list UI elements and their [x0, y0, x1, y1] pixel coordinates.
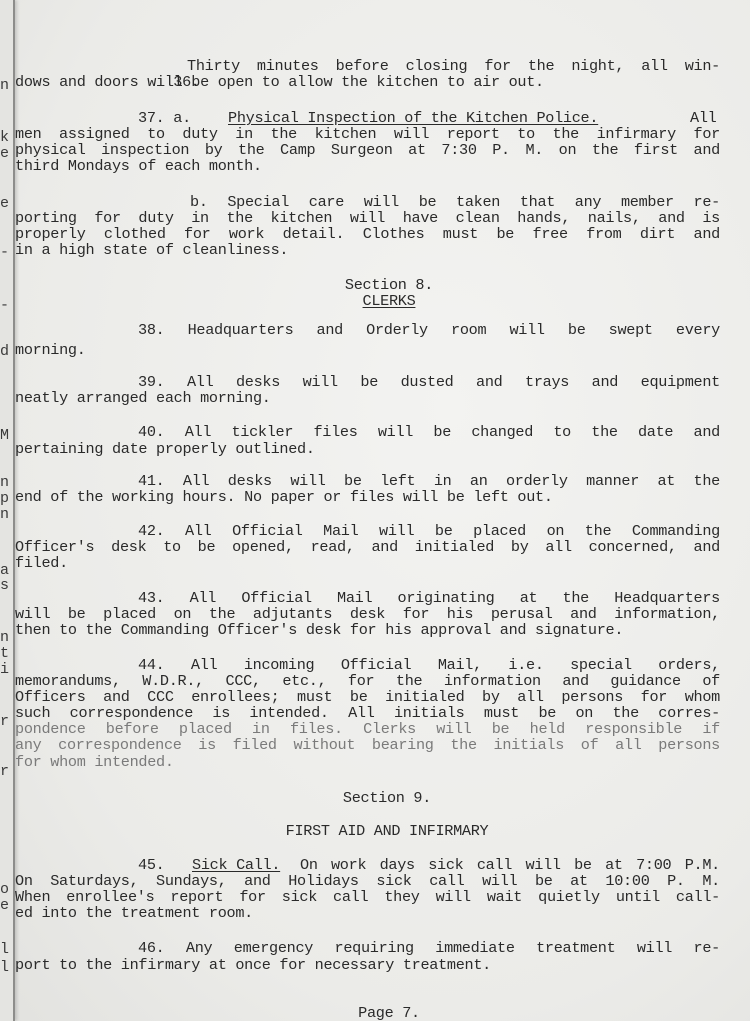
edge-char: t [0, 646, 9, 662]
edge-char: e [0, 898, 9, 914]
paragraph-46-text-2: port to the infirmary at once for necess… [15, 957, 491, 973]
paragraph-44-text-6: any correspondence is filed without bear… [15, 737, 720, 753]
paragraph-43-text-3: then to the Commanding Officer's desk fo… [15, 622, 623, 638]
paragraph-43-text-1: 43. All Official Mail originating at the… [138, 590, 720, 606]
edge-char: M [0, 428, 9, 444]
section-9-subtitle: FIRST AID AND INFIRMARY [12, 823, 750, 839]
paragraph-38-text-1: 38. Headquarters and Orderly room will b… [138, 322, 720, 338]
paragraph-45-number: 45. [138, 857, 164, 873]
paragraph-37b-text-3: properly clothed for work detail. Clothe… [15, 226, 720, 242]
paragraph-45-text-3: When enrollee's report for sick call the… [15, 889, 720, 905]
paragraph-45-text-2: On Saturdays, Sundays, and Holidays sick… [15, 873, 720, 889]
edge-char: i [0, 662, 9, 678]
paragraph-44-text-4: such correspondence is intended. All ini… [15, 705, 720, 721]
paragraph-37a-heading: Physical Inspection of the Kitchen Polic… [228, 110, 598, 126]
paragraph-40-text-1: 40. All tickler files will be changed to… [138, 424, 720, 440]
paragraph-42-text-3: filed. [15, 555, 68, 571]
edge-char: n [0, 78, 9, 94]
paragraph-44-text-5: pondence before placed in files. Clerks … [15, 721, 720, 737]
paragraph-39-text-1: 39. All desks will be dusted and trays a… [138, 374, 720, 390]
edge-char: n [0, 475, 9, 491]
paragraph-37a-tail: All [690, 110, 716, 126]
section-8-subtitle: CLERKS [14, 293, 750, 309]
paragraph-39-text-2: neatly arranged each morning. [15, 390, 271, 406]
paragraph-46-text-1: 46. Any emergency requiring immediate tr… [138, 940, 720, 956]
paragraph-40-text-2: pertaining date properly outlined. [15, 441, 315, 457]
edge-char: e [0, 146, 9, 162]
edge-char: n [0, 507, 9, 523]
edge-char: r [0, 714, 9, 730]
paragraph-36-text-2: dows and doors will be open to allow the… [15, 74, 544, 90]
edge-char: e [0, 196, 9, 212]
paragraph-37b-text-4: in a high state of cleanliness. [15, 242, 288, 258]
paragraph-38-text-2: morning. [15, 342, 86, 358]
edge-char: p [0, 491, 9, 507]
paragraph-37a-number: 37. a. [138, 110, 191, 126]
paragraph-41-text-1: 41. All desks will be left in an orderly… [138, 473, 720, 489]
paragraph-43-text-2: will be placed on the adjutants desk for… [15, 606, 720, 622]
paragraph-44-text-1: 44. All incoming Official Mail, i.e. spe… [138, 657, 720, 673]
paragraph-45-heading: Sick Call. [192, 857, 280, 873]
previous-page-edge: n k e e - - d M n p n a s n t i r r o e … [0, 0, 15, 1021]
paragraph-37a-text-3: physical inspection by the Camp Surgeon … [15, 142, 720, 158]
page-number: Page 7. [14, 1005, 750, 1021]
paragraph-45-text-4: ed into the treatment room. [15, 905, 253, 921]
edge-char: s [0, 578, 9, 594]
paragraph-44-text-7: for whom intended. [15, 754, 174, 770]
edge-char: l [0, 942, 9, 958]
edge-char: r [0, 764, 9, 780]
paragraph-42-text-1: 42. All Official Mail will be placed on … [138, 523, 720, 539]
edge-char: d [0, 344, 9, 360]
paragraph-37b-text-2: porting for duty in the kitchen will hav… [15, 210, 720, 226]
paragraph-42-text-2: Officer's desk to be opened, read, and i… [15, 539, 720, 555]
section-9-title: Section 9. [12, 790, 750, 806]
edge-char: l [0, 960, 9, 976]
paragraph-37a-text-2: men assigned to duty in the kitchen will… [15, 126, 720, 142]
edge-char: n [0, 630, 9, 646]
edge-char: k [0, 130, 9, 146]
document-page: n k e e - - d M n p n a s n t i r r o e … [0, 0, 750, 1021]
paragraph-36-text-1: Thirty minutes before closing for the ni… [187, 58, 720, 74]
paragraph-45-text-1: On work days sick call will be at 7:00 P… [300, 857, 720, 873]
section-8-title: Section 8. [14, 277, 750, 293]
edge-char: - [0, 298, 9, 314]
paragraph-41-text-2: end of the working hours. No paper or fi… [15, 489, 553, 505]
paragraph-44-text-2: memorandums, W.D.R., CCC, etc., for the … [15, 673, 720, 689]
paragraph-37a-text-4: third Mondays of each month. [15, 158, 262, 174]
edge-char: - [0, 245, 9, 261]
paragraph-44-text-3: Officers and CCC enrollees; must be init… [15, 689, 720, 705]
paragraph-37b-text-1: b. Special care will be taken that any m… [190, 194, 720, 210]
edge-char: o [0, 882, 9, 898]
